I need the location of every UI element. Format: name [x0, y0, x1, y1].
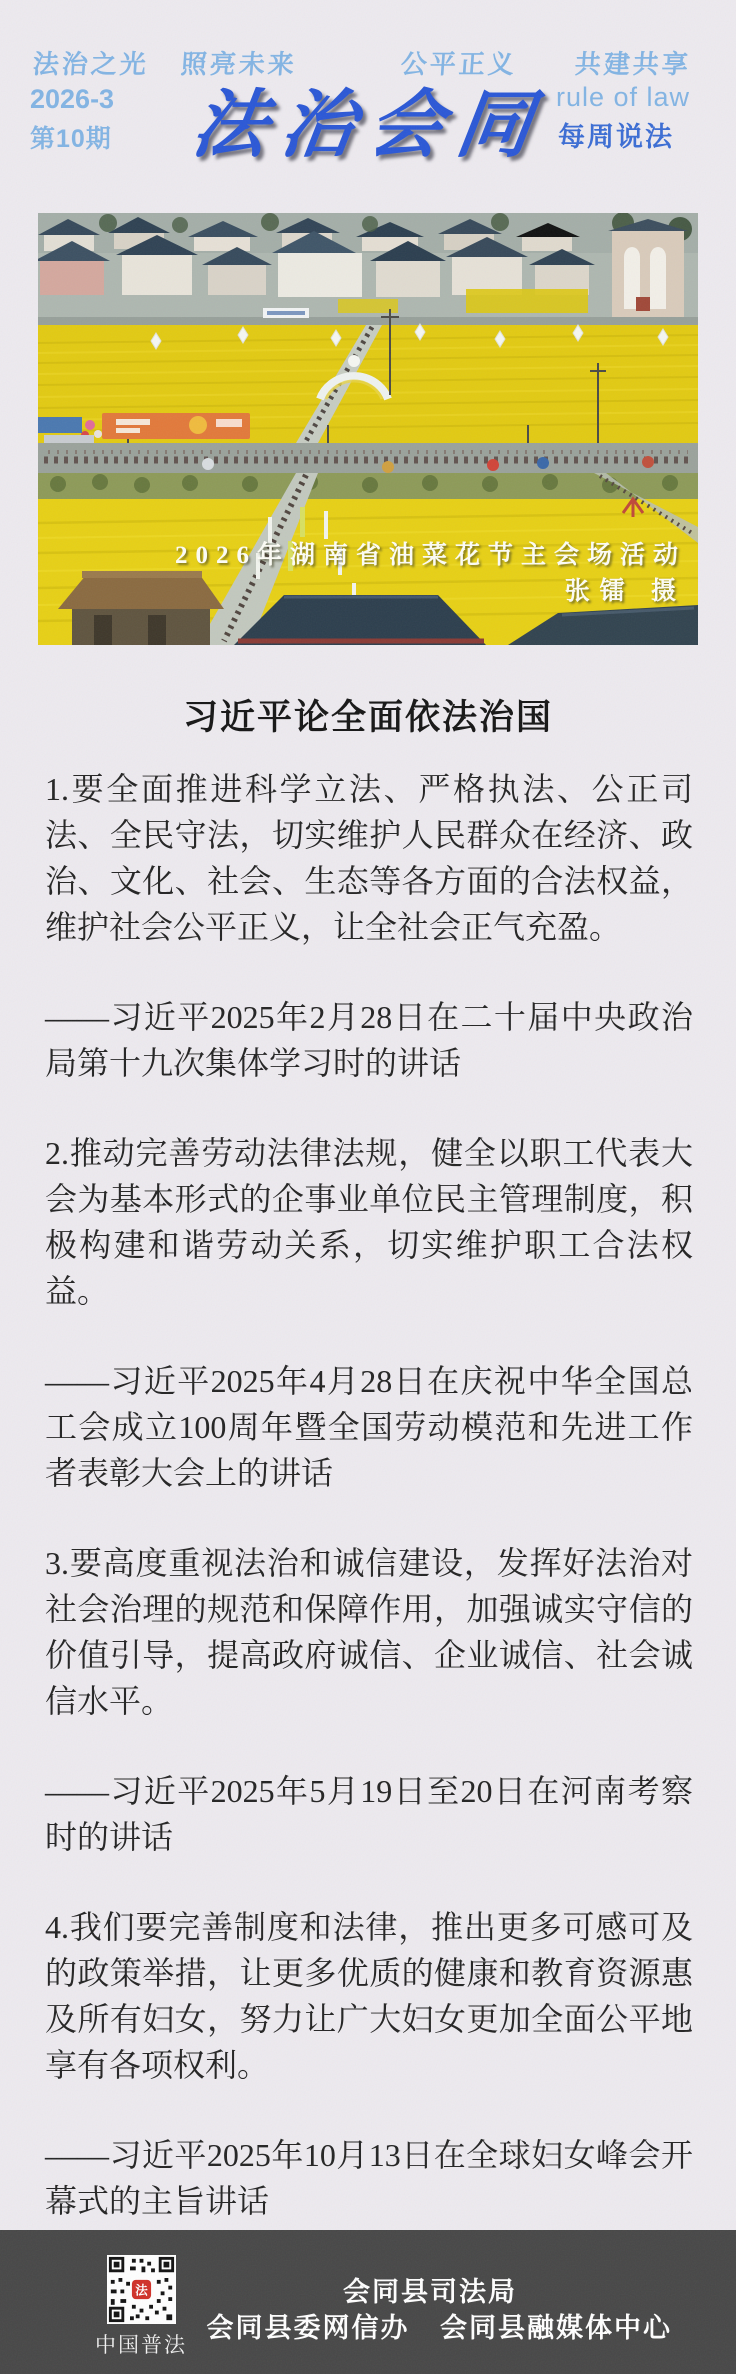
subtitle-english: rule of law: [556, 82, 690, 113]
quote-section-2: 2.推动完善劳动法律法规，健全以职工代表大会为基本形式的企事业单位民主管理制度，…: [45, 1130, 693, 1496]
issue-date: 2026-3: [30, 84, 114, 115]
photo-caption-credit: 张镭 摄: [565, 571, 686, 607]
article-body: 1.要全面推进科学立法、严格执法、公正司法、全民守法，切实维护人民群众在经济、政…: [45, 766, 693, 2268]
qr-center-glyph: 法: [135, 2282, 148, 2297]
header-slogan-1: 法治之光: [32, 44, 151, 81]
quote-text: 1.要全面推进科学立法、严格执法、公正司法、全民守法，切实维护人民群众在经济、政…: [45, 766, 693, 950]
org-justice-bureau: 会同县司法局: [343, 2270, 517, 2309]
org-cyberspace-office: 会同县委网信办: [207, 2306, 410, 2345]
quote-attribution: ——习近平2025年2月28日在二十届中央政治局第十九次集体学习时的讲话: [45, 994, 693, 1086]
quote-attribution: ——习近平2025年4月28日在庆祝中华全国总工会成立100周年暨全国劳动模范和…: [45, 1358, 693, 1496]
org-media-center: 会同县融媒体中心: [440, 2306, 672, 2345]
article-title: 习近平论全面依法治国: [0, 690, 736, 740]
issue-number: 第10期: [30, 119, 112, 155]
header-slogan-4: 共建共享: [574, 44, 693, 81]
quote-section-4: 4.我们要完善制度和法律，推出更多可感可及的政策举措，让更多优质的健康和教育资源…: [45, 1904, 693, 2224]
footer-bar: 法 中国普法 会同县司法局 会同县委网信办 会同县融媒体中心: [0, 2230, 736, 2374]
festival-photo: 2026年湖南省油菜花节主会场活动 张镭 摄: [38, 213, 698, 645]
quote-text: 2.推动完善劳动法律法规，健全以职工代表大会为基本形式的企事业单位民主管理制度，…: [45, 1130, 693, 1314]
qr-code: 法: [107, 2255, 176, 2324]
subtitle-chinese: 每周说法: [558, 115, 674, 154]
quote-section-1: 1.要全面推进科学立法、严格执法、公正司法、全民守法，切实维护人民群众在经济、政…: [45, 766, 693, 1086]
legal-poster: 法治之光 照亮未来 公平正义 共建共享 2026-3 第10期 法治会同 rul…: [0, 0, 736, 2374]
qr-label: 中国普法: [71, 2329, 211, 2359]
quote-attribution: ——习近平2025年5月19日至20日在河南考察时的讲话: [45, 1768, 693, 1860]
quote-text: 3.要高度重视法治和诚信建设，发挥好法治对社会治理的规范和保障作用，加强诚实守信…: [45, 1540, 693, 1724]
quote-attribution: ——习近平2025年10月13日在全球妇女峰会开幕式的主旨讲话: [45, 2132, 693, 2224]
quote-section-3: 3.要高度重视法治和诚信建设，发挥好法治对社会治理的规范和保障作用，加强诚实守信…: [45, 1540, 693, 1860]
quote-text: 4.我们要完善制度和法律，推出更多可感可及的政策举措，让更多优质的健康和教育资源…: [45, 1904, 693, 2088]
photo-caption-line1: 2026年湖南省油菜花节主会场活动: [175, 535, 686, 571]
masthead-title: 法治会同: [163, 66, 578, 172]
